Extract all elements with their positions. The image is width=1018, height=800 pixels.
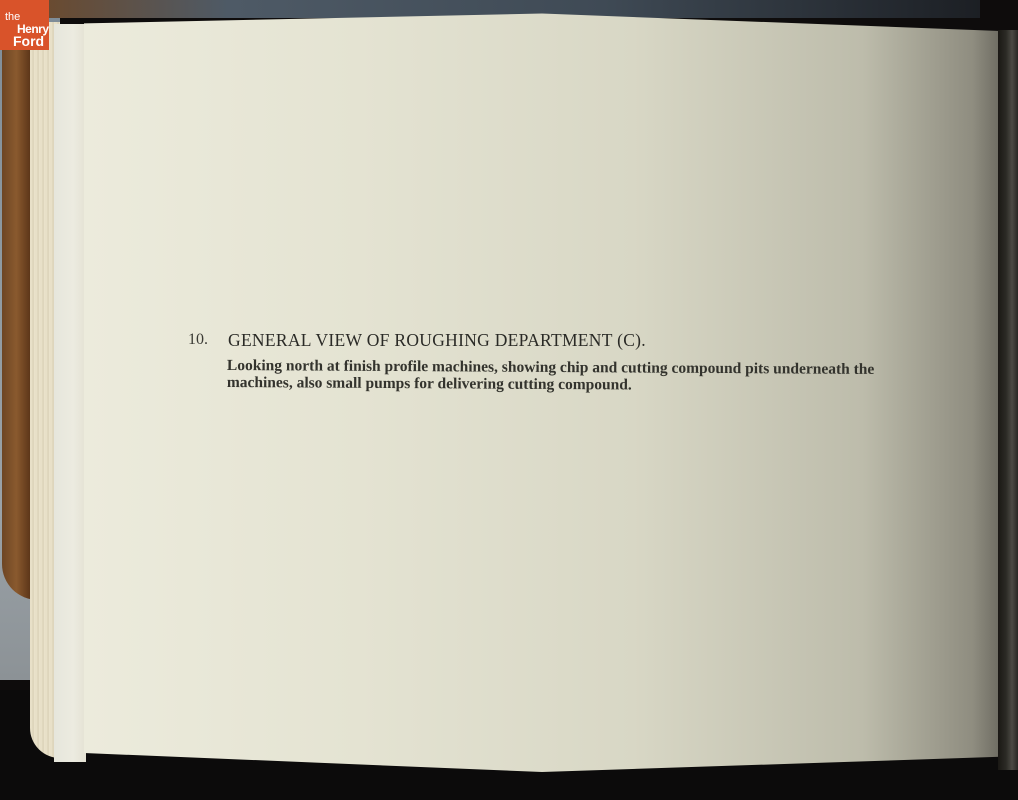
- henry-ford-logo: the Henry Ford: [0, 0, 49, 50]
- book-gutter: [998, 30, 1018, 770]
- caption-title: GENERAL VIEW OF ROUGHING DEPARTMENT (C).: [228, 330, 646, 351]
- page-margin-strip: [54, 24, 86, 762]
- logo-ford: Ford: [13, 34, 44, 48]
- caption-body: Looking north at finish profile machines…: [227, 357, 977, 396]
- caption-number: 10.: [188, 331, 208, 349]
